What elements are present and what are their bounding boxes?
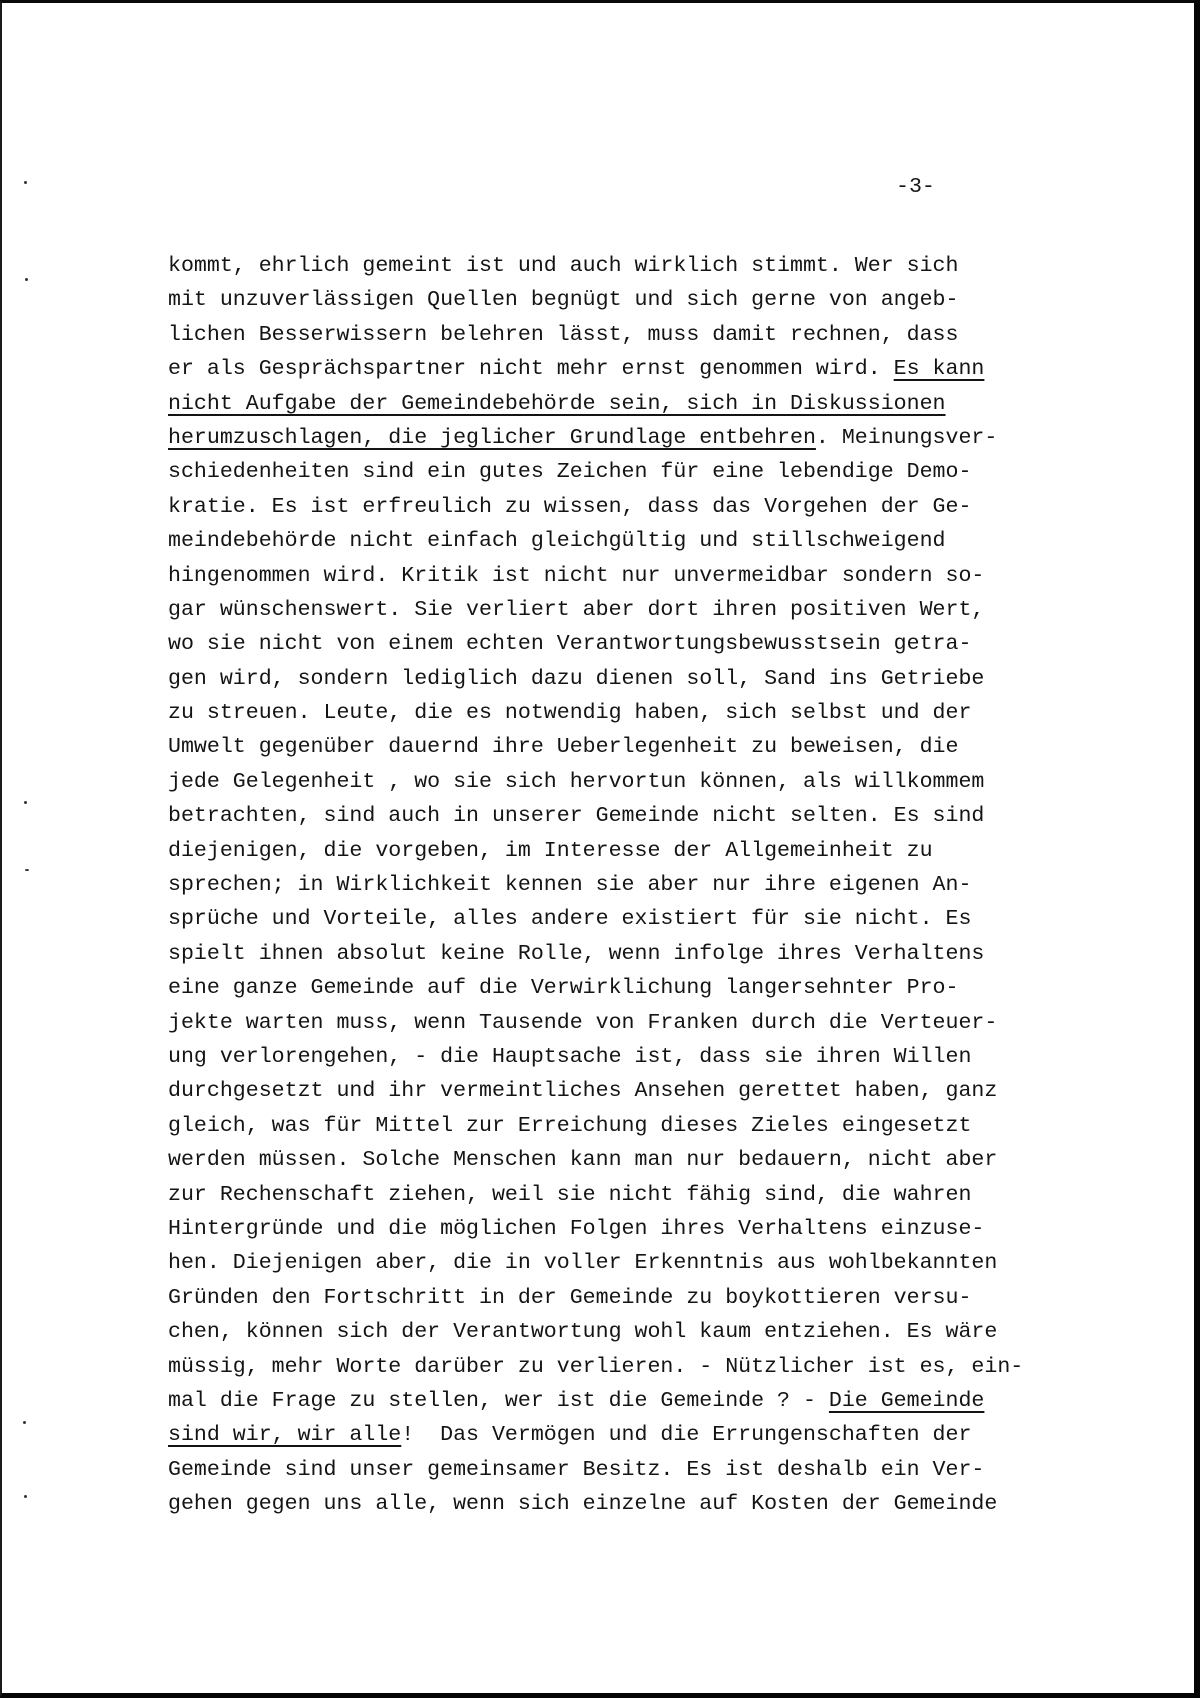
text-line: werden müssen. Solche Menschen kann man … [168, 1143, 1128, 1177]
text-line: nicht Aufgabe der Gemeindebehörde sein, … [168, 387, 1128, 421]
text-line: chen, können sich der Verantwortung wohl… [168, 1315, 1128, 1349]
body-text: kommt, ehrlich gemeint ist und auch wirk… [168, 249, 1128, 1521]
text-line: Hintergründe und die möglichen Folgen ih… [168, 1212, 1128, 1246]
text-line: sind wir, wir alle! Das Vermögen und die… [168, 1418, 1128, 1452]
underlined-text: nicht Aufgabe der Gemeindebehörde sein, … [168, 392, 946, 416]
text-segment: schiedenheiten sind ein gutes Zeichen fü… [168, 460, 971, 484]
text-line: schiedenheiten sind ein gutes Zeichen fü… [168, 455, 1128, 489]
text-line: herumzuschlagen, die jeglicher Grundlage… [168, 421, 1128, 455]
text-segment: Gemeinde sind unser gemeinsamer Besitz. … [168, 1458, 984, 1482]
text-segment: er als Gesprächspartner nicht mehr ernst… [168, 357, 894, 381]
text-segment: betrachten, sind auch in unserer Gemeind… [168, 804, 984, 828]
text-segment: Gründen den Fortschritt in der Gemeinde … [168, 1286, 971, 1310]
underlined-text: Die Gemeinde [829, 1389, 985, 1413]
text-line: jede Gelegenheit , wo sie sich hervortun… [168, 765, 1128, 799]
text-segment: lichen Besserwissern belehren lässt, mus… [168, 323, 958, 347]
text-line: lichen Besserwissern belehren lässt, mus… [168, 318, 1128, 352]
text-line: gen wird, sondern lediglich dazu dienen … [168, 662, 1128, 696]
scan-speck [24, 1495, 27, 1498]
text-segment: Hintergründe und die möglichen Folgen ih… [168, 1217, 984, 1241]
text-line: spielt ihnen absolut keine Rolle, wenn i… [168, 937, 1128, 971]
text-line: meindebehörde nicht einfach gleichgültig… [168, 524, 1128, 558]
text-line: zur Rechenschaft ziehen, weil sie nicht … [168, 1178, 1128, 1212]
text-segment: gleich, was für Mittel zur Erreichung di… [168, 1114, 971, 1138]
text-segment: diejenigen, die vorgeben, im Interesse d… [168, 839, 933, 863]
text-line: sprechen; in Wirklichkeit kennen sie abe… [168, 868, 1128, 902]
text-line: müssig, mehr Worte darüber zu verlieren.… [168, 1350, 1128, 1384]
text-segment: hingenommen wird. Kritik ist nicht nur u… [168, 564, 984, 588]
scan-speck [25, 278, 28, 281]
text-segment: . Meinungsver- [816, 426, 997, 450]
text-line: Gemeinde sind unser gemeinsamer Besitz. … [168, 1453, 1128, 1487]
scanned-document-page: -3- kommt, ehrlich gemeint ist und auch … [0, 0, 1200, 1698]
text-line: Gründen den Fortschritt in der Gemeinde … [168, 1281, 1128, 1315]
text-segment: müssig, mehr Worte darüber zu verlieren.… [168, 1355, 1023, 1379]
underlined-text: herumzuschlagen, die jeglicher Grundlage… [168, 426, 816, 450]
text-line: betrachten, sind auch in unserer Gemeind… [168, 799, 1128, 833]
text-segment: kommt, ehrlich gemeint ist und auch wirk… [168, 254, 958, 278]
text-segment: meindebehörde nicht einfach gleichgültig… [168, 529, 946, 553]
text-segment: eine ganze Gemeinde auf die Verwirklichu… [168, 976, 958, 1000]
text-line: eine ganze Gemeinde auf die Verwirklichu… [168, 971, 1128, 1005]
text-segment: hen. Diejenigen aber, die in voller Erke… [168, 1251, 997, 1275]
text-line: hen. Diejenigen aber, die in voller Erke… [168, 1246, 1128, 1280]
text-line: gleich, was für Mittel zur Erreichung di… [168, 1109, 1128, 1143]
text-line: hingenommen wird. Kritik ist nicht nur u… [168, 559, 1128, 593]
text-segment: gen wird, sondern lediglich dazu dienen … [168, 667, 984, 691]
text-line: Umwelt gegenüber dauernd ihre Ueberlegen… [168, 730, 1128, 764]
text-line: jekte warten muss, wenn Tausende von Fra… [168, 1006, 1128, 1040]
text-segment: werden müssen. Solche Menschen kann man … [168, 1148, 997, 1172]
underlined-text: sind wir, wir alle [168, 1423, 401, 1447]
text-line: sprüche und Vorteile, alles andere exist… [168, 902, 1128, 936]
text-line: durchgesetzt und ihr vermeintliches Anse… [168, 1074, 1128, 1108]
text-segment: wo sie nicht von einem echten Verantwort… [168, 632, 971, 656]
text-segment: jekte warten muss, wenn Tausende von Fra… [168, 1011, 997, 1035]
text-segment: jede Gelegenheit , wo sie sich hervortun… [168, 770, 984, 794]
text-segment: ! Das Vermögen und die Errungenschaften … [401, 1423, 971, 1447]
text-segment: kratie. Es ist erfreulich zu wissen, das… [168, 495, 971, 519]
text-line: mit unzuverlässigen Quellen begnügt und … [168, 283, 1128, 317]
text-segment: zu streuen. Leute, die es notwendig habe… [168, 701, 971, 725]
text-line: diejenigen, die vorgeben, im Interesse d… [168, 834, 1128, 868]
text-line: gar wünschenswert. Sie verliert aber dor… [168, 593, 1128, 627]
text-segment: Umwelt gegenüber dauernd ihre Ueberlegen… [168, 735, 958, 759]
scan-speck [23, 1421, 26, 1424]
text-segment: gehen gegen uns alle, wenn sich einzelne… [168, 1492, 997, 1516]
text-line: mal die Frage zu stellen, wer ist die Ge… [168, 1384, 1128, 1418]
page-number: -3- [896, 175, 935, 199]
text-segment: durchgesetzt und ihr vermeintliches Anse… [168, 1079, 997, 1103]
text-segment: mal die Frage zu stellen, wer ist die Ge… [168, 1389, 829, 1413]
text-line: wo sie nicht von einem echten Verantwort… [168, 627, 1128, 661]
text-segment: mit unzuverlässigen Quellen begnügt und … [168, 288, 958, 312]
text-line: ung verlorengehen, - die Hauptsache ist,… [168, 1040, 1128, 1074]
text-segment: gar wünschenswert. Sie verliert aber dor… [168, 598, 984, 622]
text-segment: sprüche und Vorteile, alles andere exist… [168, 907, 971, 931]
scan-speck [24, 801, 27, 804]
text-segment: chen, können sich der Verantwortung wohl… [168, 1320, 997, 1344]
text-segment: ung verlorengehen, - die Hauptsache ist,… [168, 1045, 971, 1069]
scan-speck [25, 869, 29, 871]
text-line: kratie. Es ist erfreulich zu wissen, das… [168, 490, 1128, 524]
text-line: kommt, ehrlich gemeint ist und auch wirk… [168, 249, 1128, 283]
underlined-text: Es kann [894, 357, 985, 381]
text-segment: sprechen; in Wirklichkeit kennen sie abe… [168, 873, 971, 897]
scan-speck [24, 181, 27, 184]
text-segment: zur Rechenschaft ziehen, weil sie nicht … [168, 1183, 971, 1207]
text-line: er als Gesprächspartner nicht mehr ernst… [168, 352, 1128, 386]
text-segment: spielt ihnen absolut keine Rolle, wenn i… [168, 942, 984, 966]
text-line: gehen gegen uns alle, wenn sich einzelne… [168, 1487, 1128, 1521]
text-line: zu streuen. Leute, die es notwendig habe… [168, 696, 1128, 730]
